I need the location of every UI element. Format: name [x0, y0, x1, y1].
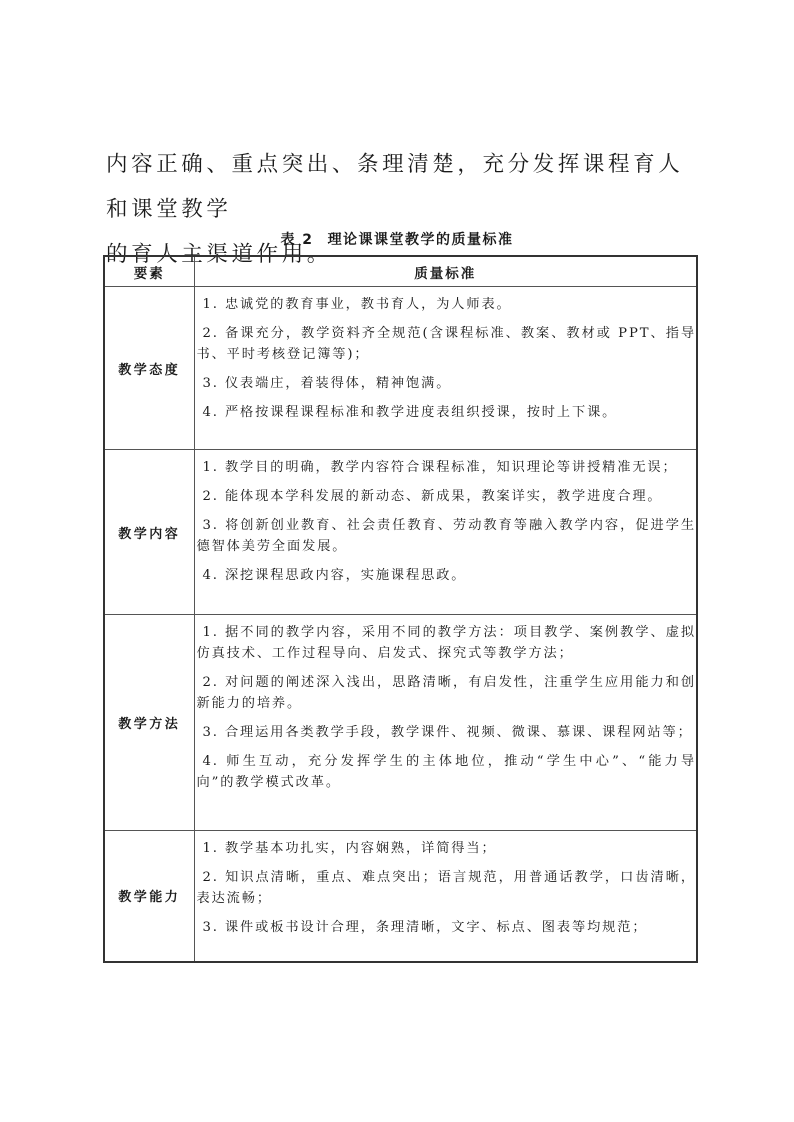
standard-item: 2. 能体现本学科发展的新动态、新成果，教案详实，教学进度合理。 [197, 486, 697, 507]
quality-standards-table: 要素 质量标准 教学态度 1. 忠诚党的教育事业，教书育人，为人师表。 2. 备… [103, 255, 698, 963]
standards-cell: 1. 教学基本功扎实，内容娴熟，详简得当； 2. 知识点清晰，重点、难点突出；语… [194, 831, 697, 962]
factor-cell: 教学能力 [104, 831, 194, 962]
table-caption-title: 理论课课堂教学的质量标准 [328, 232, 514, 248]
standard-item: 2. 对问题的阐述深入浅出，思路清晰，有启发性，注重学生应用能力和创新能力的培养… [197, 672, 697, 714]
table-row: 教学能力 1. 教学基本功扎实，内容娴熟，详简得当； 2. 知识点清晰，重点、难… [104, 831, 697, 962]
standard-item: 1. 据不同的教学内容，采用不同的教学方法：项目教学、案例教学、虚拟仿真技术、工… [197, 622, 697, 664]
standard-item: 4. 深挖课程思政内容，实施课程思政。 [197, 565, 697, 586]
standard-item: 3. 合理运用各类教学手段，教学课件、视频、微课、慕课、课程网站等； [197, 722, 697, 743]
standards-cell: 1. 教学目的明确，教学内容符合课程标准，知识理论等讲授精准无误； 2. 能体现… [194, 450, 697, 615]
table-row: 教学内容 1. 教学目的明确，教学内容符合课程标准，知识理论等讲授精准无误； 2… [104, 450, 697, 615]
standard-item: 1. 教学基本功扎实，内容娴熟，详简得当； [197, 838, 697, 859]
table-header-row: 要素 质量标准 [104, 256, 697, 287]
table-caption: 表 2理论课课堂教学的质量标准 [0, 229, 794, 249]
standard-item: 3. 课件或板书设计合理，条理清晰，文字、标点、图表等均规范； [197, 917, 697, 938]
standard-item: 2. 备课充分，教学资料齐全规范(含课程标准、教案、教材或 PPT、指导书、平时… [197, 323, 697, 365]
standard-item: 1. 教学目的明确，教学内容符合课程标准，知识理论等讲授精准无误； [197, 457, 697, 478]
standard-item: 3. 仪表端庄，着装得体，精神饱满。 [197, 373, 697, 394]
standard-item: 3. 将创新创业教育、社会责任教育、劳动教育等融入教学内容，促进学生德智体美劳全… [197, 515, 697, 557]
standard-item: 4. 师生互动，充分发挥学生的主体地位，推动“学生中心”、“能力导向”的教学模式… [197, 751, 697, 793]
standards-cell: 1. 据不同的教学内容，采用不同的教学方法：项目教学、案例教学、虚拟仿真技术、工… [194, 615, 697, 831]
standard-item: 2. 知识点清晰，重点、难点突出；语言规范，用普通话教学，口齿清晰，表达流畅； [197, 867, 697, 909]
intro-line: 内容正确、重点突出、条理清楚，充分发挥课程育人和课堂教学 [106, 142, 706, 232]
factor-cell: 教学方法 [104, 615, 194, 831]
table-caption-number: 表 2 [280, 232, 313, 248]
header-factor: 要素 [104, 256, 194, 287]
standards-cell: 1. 忠诚党的教育事业，教书育人，为人师表。 2. 备课充分，教学资料齐全规范(… [194, 287, 697, 450]
factor-cell: 教学态度 [104, 287, 194, 450]
factor-cell: 教学内容 [104, 450, 194, 615]
header-standard: 质量标准 [194, 256, 697, 287]
table-row: 教学方法 1. 据不同的教学内容，采用不同的教学方法：项目教学、案例教学、虚拟仿… [104, 615, 697, 831]
table-row: 教学态度 1. 忠诚党的教育事业，教书育人，为人师表。 2. 备课充分，教学资料… [104, 287, 697, 450]
standard-item: 4. 严格按课程课程标准和教学进度表组织授课，按时上下课。 [197, 402, 697, 423]
standard-item: 1. 忠诚党的教育事业，教书育人，为人师表。 [197, 294, 697, 315]
